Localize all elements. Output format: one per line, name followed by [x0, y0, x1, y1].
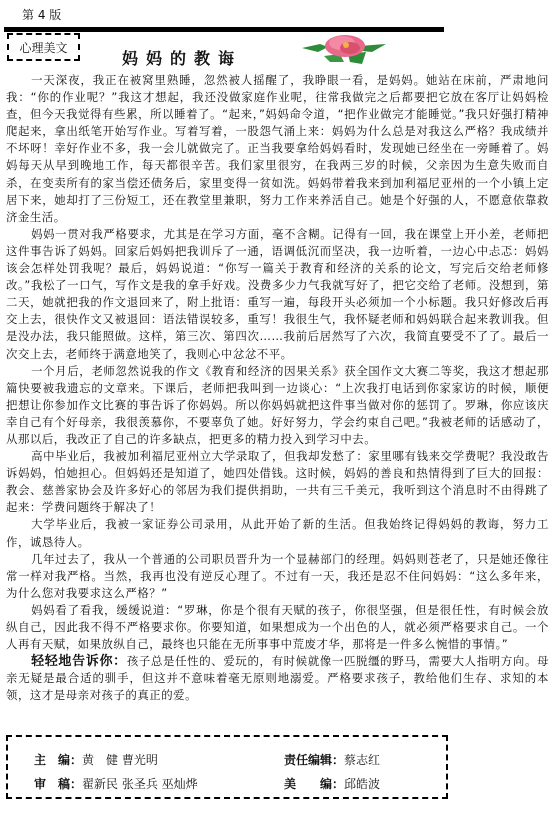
paragraph: 妈妈一贯对我严格要求，尤其是在学习方面，毫不含糊。记得有一回，我在课堂上开小差，…: [6, 226, 549, 363]
credit-chief-editor: 主 编：黄 健 曹光明: [34, 751, 158, 768]
credit-label: 审 稿：: [34, 777, 82, 791]
paragraph: 大学毕业后，我被一家证券公司录用，从此开始了新的生活。但我始终记得妈妈的教诲，努…: [6, 516, 549, 550]
credit-value: 黄 健 曹光明: [82, 753, 158, 767]
article-title: 妈妈的教诲: [122, 46, 242, 69]
credit-label: 主 编：: [34, 753, 82, 767]
tip-label: 轻轻地告诉你：: [31, 654, 127, 669]
credit-value: 蔡志红: [344, 753, 380, 767]
paragraph: 高中毕业后，我被加利福尼亚州立大学录取了，但我却发愁了：家里哪有钱来交学费呢？我…: [6, 448, 549, 516]
tip-paragraph: 轻轻地告诉你：孩子总是任性的、爱玩的，有时候就像一匹脱缰的野马，需要大人指明方向…: [6, 653, 549, 704]
credit-label: 美 编：: [284, 777, 344, 791]
paragraph: 一天深夜，我正在被窝里熟睡，忽然被人摇醒了，我睁眼一看，是妈妈。她站在床前，严肃…: [6, 72, 549, 226]
column-tag: 心理美文: [7, 33, 80, 61]
column-label: 心理美文: [19, 39, 67, 56]
credits-box: 主 编：黄 健 曹光明 审 稿：翟新民 张圣兵 巫灿烨 责任编辑：蔡志红 美 编…: [6, 735, 448, 799]
peony-flower-icon: [300, 32, 390, 66]
credit-value: 翟新民 张圣兵 巫灿烨: [82, 777, 198, 791]
edition-number: 第 4 版: [22, 6, 61, 23]
credit-reviewer: 审 稿：翟新民 张圣兵 巫灿烨: [34, 775, 198, 792]
credit-responsible-editor: 责任编辑：蔡志红: [284, 751, 380, 768]
credit-value: 邱皓波: [344, 777, 380, 791]
credit-label: 责任编辑：: [284, 753, 344, 767]
credit-art-editor: 美 编：邱皓波: [284, 775, 380, 792]
paragraph: 一个月后，老师忽然说我的作文《教育和经济的因果关系》获全国作文大赛二等奖，我这才…: [6, 363, 549, 448]
paragraph: 妈妈看了看我，缓缓说道：“罗琳，你是个很有天赋的孩子，你很坚强，但是很任性，有时…: [6, 602, 549, 653]
paragraph: 几年过去了，我从一个普通的公司职员晋升为一个显赫部门的经理。妈妈则苍老了，只是她…: [6, 551, 549, 602]
article-body: 一天深夜，我正在被窝里熟睡，忽然被人摇醒了，我睁眼一看，是妈妈。她站在床前，严肃…: [6, 72, 549, 704]
